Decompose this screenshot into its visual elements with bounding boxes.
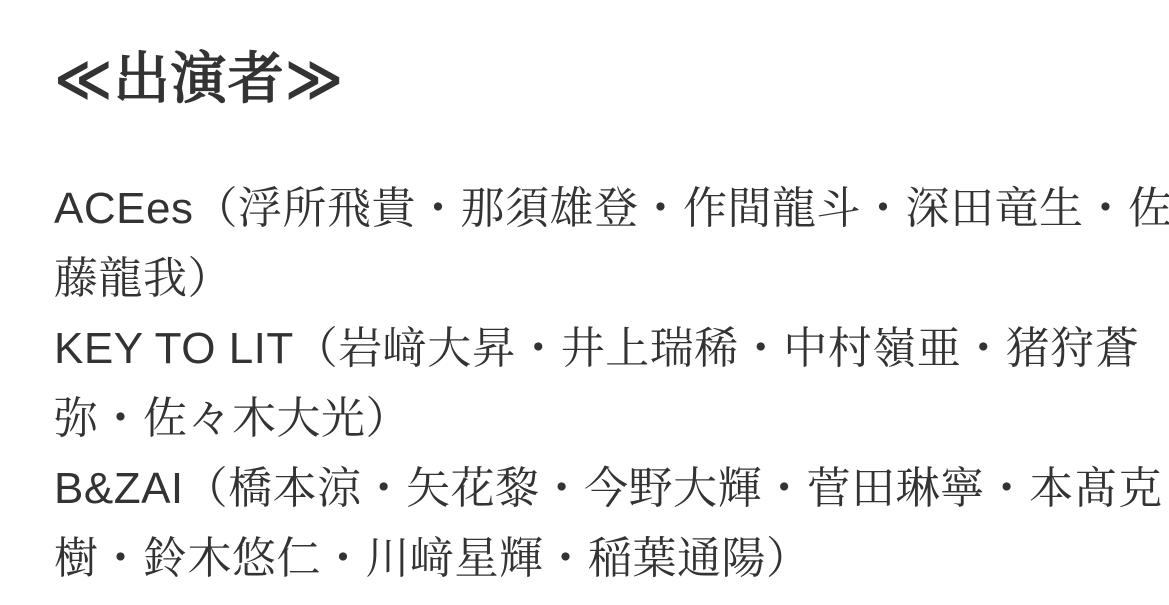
cast-line-bzai-1: B&ZAI（橋本涼・矢花黎・今野大輝・菅田琳寧・本髙克 <box>54 454 1129 524</box>
page-title: ≪出演者≫ <box>54 48 1129 110</box>
cast-list: ACEes（浮所飛貴・那須雄登・作間龍斗・深田竜生・佐 藤龍我） KEY TO … <box>54 174 1129 594</box>
cast-line-acees-2: 藤龍我） <box>54 244 1129 314</box>
cast-line-keytolit-1: KEY TO LIT（岩﨑大昇・井上瑞稀・中村嶺亜・猪狩蒼 <box>54 314 1129 384</box>
cast-line-keytolit-2: 弥・佐々木大光） <box>54 384 1129 454</box>
cast-line-bzai-2: 樹・鈴木悠仁・川﨑星輝・稲葉通陽） <box>54 524 1129 594</box>
cast-line-acees-1: ACEes（浮所飛貴・那須雄登・作間龍斗・深田竜生・佐 <box>54 174 1129 244</box>
cast-page: ≪出演者≫ ACEes（浮所飛貴・那須雄登・作間龍斗・深田竜生・佐 藤龍我） K… <box>0 0 1169 605</box>
